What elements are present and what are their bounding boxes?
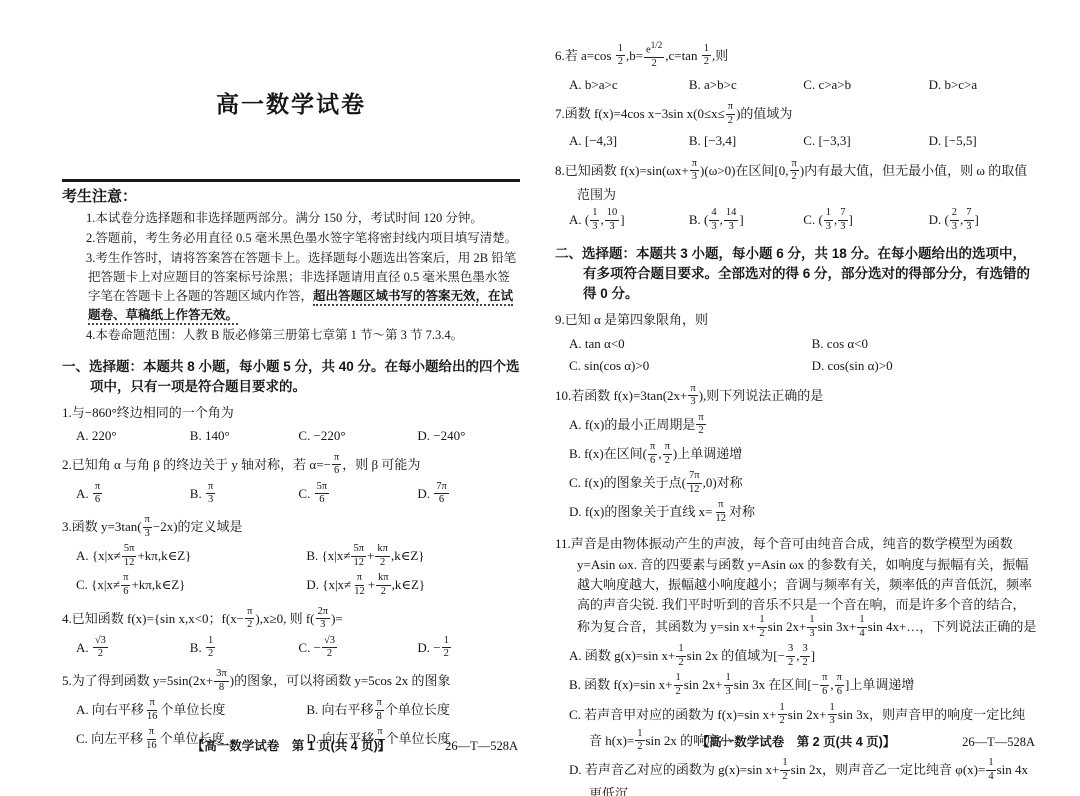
- question-5-option-a: A. 向右平移π16个单位长度: [76, 698, 300, 724]
- question-11-option-b: B. 函数 f(x)=sin x+12sin 2x+13sin 3x 在区间[−…: [569, 673, 1037, 699]
- question-7: 7.函数 f(x)=4cos x−3sin x(0≤x≤π2)的值域为 A. […: [555, 102, 1037, 151]
- question-3-stem: 3.函数 y=3tan(π3−2x)的定义域是: [62, 515, 520, 541]
- question-6: 6.若 a=cos 12,b=e1/22,c=tan 12,则 A. b>a>c…: [555, 42, 1037, 94]
- exam-page-1: 高一数学试卷 考生注意： 1.本试卷分选择题和非选择题两部分。满分 150 分，…: [62, 0, 520, 796]
- notice-item-4: 4.本卷命题范围：人教 B 版必修第三册第七章第 1 节～第 3 节 7.3.4…: [62, 326, 520, 345]
- section-1-heading: 一、选择题：本题共 8 小题，每小题 5 分，共 40 分。在每小题给出的四个选…: [62, 357, 520, 397]
- question-7-option-b: B. [−3,4]: [689, 131, 797, 151]
- question-10-options: A. f(x)的最小正周期是π2 B. f(x)在区间(π6,π2)上单调递增 …: [555, 413, 1037, 527]
- question-7-stem: 7.函数 f(x)=4cos x−3sin x(0≤x≤π2)的值域为: [555, 102, 1037, 128]
- page-title: 高一数学试卷: [62, 88, 520, 123]
- notice-item-1: 1.本试卷分选择题和非选择题两部分。满分 150 分，考试时间 120 分钟。: [62, 209, 520, 228]
- question-9-option-a: A. tan α<0: [569, 334, 806, 354]
- question-11-stem: 11.声音是由物体振动产生的声波，每个音可由纯音合成，纯音的数学模型为函数 y=…: [555, 534, 1037, 641]
- question-3-option-a: A. {x|x≠5π12+kπ,k∈Z}: [76, 544, 300, 570]
- question-8-stem: 8.已知函数 f(x)=sin(ωx+π3)(ω>0)在区间[0,π2)内有最大…: [555, 159, 1037, 205]
- notice-item-3: 3.考生作答时，请将答案答在答题卡上。选择题每小题选出答案后，用 2B 铅笔把答…: [62, 249, 520, 325]
- question-1-option-b: B. 140°: [190, 426, 293, 446]
- question-11-options: A. 函数 g(x)=sin x+12sin 2x 的值域为[−32,32] B…: [555, 644, 1037, 796]
- question-6-option-a: A. b>a>c: [569, 75, 683, 95]
- page-1-paper-code: 26—T—528A: [445, 737, 518, 756]
- page-2-footer: 【高一数学试卷 第 2 页(共 4 页)】 26—T—528A: [555, 733, 1037, 752]
- question-6-option-b: B. a>b>c: [689, 75, 797, 95]
- question-6-stem: 6.若 a=cos 12,b=e1/22,c=tan 12,则: [555, 42, 1037, 72]
- question-4-option-a: A. √32: [76, 636, 184, 662]
- notice-item-2: 2.答题前，考生务必用直径 0.5 毫米黑色墨水签字笔将密封线内项目填写清楚。: [62, 229, 520, 248]
- question-9-options: A. tan α<0 B. cos α<0 C. sin(cos α)>0 D.…: [555, 334, 1037, 376]
- header-rule: [62, 179, 520, 182]
- question-6-options: A. b>a>c B. a>b>c C. c>a>b D. b>c>a: [555, 75, 1037, 95]
- question-7-option-a: A. [−4,3]: [569, 131, 683, 151]
- question-1-option-c: C. −220°: [298, 426, 411, 446]
- question-9-option-d: D. cos(sin α)>0: [812, 356, 1037, 376]
- question-5-stem: 5.为了得到函数 y=5sin(2x+3π8)的图象，可以将函数 y=5cos …: [62, 669, 520, 695]
- section-2-heading: 二、选择题：本题共 3 小题，每小题 6 分，共 18 分。在每小题给出的选项中…: [555, 244, 1037, 304]
- question-4-option-c: C. −√32: [298, 636, 411, 662]
- question-4-stem: 4.已知函数 f(x)={sin x,x<0；f(x−π2),x≥0, 则 f(…: [62, 607, 520, 633]
- notice-list: 1.本试卷分选择题和非选择题两部分。满分 150 分，考试时间 120 分钟。 …: [62, 209, 520, 345]
- question-8-option-a: A. (13,103]: [569, 208, 683, 234]
- question-3-option-d: D. {x|x≠π12+kπ2,k∈Z}: [306, 573, 520, 599]
- question-11-option-d: D. 若声音乙对应的函数为 g(x)=sin x+12sin 2x，则声音乙一定…: [569, 758, 1037, 796]
- question-1: 1.与−860°终边相同的一个角为 A. 220° B. 140° C. −22…: [62, 403, 520, 446]
- question-4-option-d: D. −12: [417, 636, 520, 662]
- question-2-options: A. π6 B. π3 C. 5π6 D. 7π6: [62, 482, 520, 508]
- question-8-option-c: C. (13,73]: [803, 208, 922, 234]
- question-8: 8.已知函数 f(x)=sin(ωx+π3)(ω>0)在区间[0,π2)内有最大…: [555, 159, 1037, 235]
- page-1-footer: 【高一数学试卷 第 1 页(共 4 页)】 26—T—528A: [62, 737, 520, 756]
- question-9: 9.已知 α 是第四象限角，则 A. tan α<0 B. cos α<0 C.…: [555, 310, 1037, 375]
- question-4: 4.已知函数 f(x)={sin x,x<0；f(x−π2),x≥0, 则 f(…: [62, 607, 520, 662]
- question-1-option-a: A. 220°: [76, 426, 184, 446]
- question-3-option-b: B. {x|x≠5π12+kπ2,k∈Z}: [306, 544, 520, 570]
- question-3-options: A. {x|x≠5π12+kπ,k∈Z} B. {x|x≠5π12+kπ2,k∈…: [62, 544, 520, 599]
- question-7-option-d: D. [−5,5]: [929, 131, 1037, 151]
- question-2-option-a: A. π6: [76, 482, 184, 508]
- exam-page-2: 6.若 a=cos 12,b=e1/22,c=tan 12,则 A. b>a>c…: [555, 0, 1037, 796]
- question-9-stem: 9.已知 α 是第四象限角，则: [555, 310, 1037, 330]
- question-10-option-a: A. f(x)的最小正周期是π2: [569, 413, 1037, 439]
- question-10-option-c: C. f(x)的图象关于点(7π12,0)对称: [569, 471, 1037, 497]
- question-6-option-d: D. b>c>a: [929, 75, 1037, 95]
- question-1-stem: 1.与−860°终边相同的一个角为: [62, 403, 520, 423]
- question-8-option-b: B. (43,143]: [689, 208, 797, 234]
- question-11: 11.声音是由物体振动产生的声波，每个音可由纯音合成，纯音的数学模型为函数 y=…: [555, 534, 1037, 796]
- question-4-option-b: B. 12: [190, 636, 293, 662]
- question-8-options: A. (13,103] B. (43,143] C. (13,73] D. (2…: [555, 208, 1037, 234]
- question-10: 10.若函数 f(x)=3tan(2x+π3),则下列说法正确的是 A. f(x…: [555, 384, 1037, 527]
- question-2-option-b: B. π3: [190, 482, 293, 508]
- question-2-stem: 2.已知角 α 与角 β 的终边关于 y 轴对称，若 α=−π6，则 β 可能为: [62, 453, 520, 479]
- question-10-option-d: D. f(x)的图象关于直线 x=π12对称: [569, 500, 1037, 526]
- question-7-options: A. [−4,3] B. [−3,4] C. [−3,3] D. [−5,5]: [555, 131, 1037, 151]
- question-9-option-c: C. sin(cos α)>0: [569, 356, 806, 376]
- question-10-option-b: B. f(x)在区间(π6,π2)上单调递增: [569, 442, 1037, 468]
- question-5-option-b: B. 向右平移π8个单位长度: [306, 698, 520, 724]
- question-2-option-c: C. 5π6: [298, 482, 411, 508]
- question-3: 3.函数 y=3tan(π3−2x)的定义域是 A. {x|x≠5π12+kπ,…: [62, 515, 520, 600]
- question-3-option-c: C. {x|x≠π6+kπ,k∈Z}: [76, 573, 300, 599]
- question-1-options: A. 220° B. 140° C. −220° D. −240°: [62, 426, 520, 446]
- notice-heading: 考生注意：: [62, 186, 520, 209]
- question-2: 2.已知角 α 与角 β 的终边关于 y 轴对称，若 α=−π6，则 β 可能为…: [62, 453, 520, 508]
- question-7-option-c: C. [−3,3]: [803, 131, 922, 151]
- question-1-option-d: D. −240°: [417, 426, 520, 446]
- page-2-paper-code: 26—T—528A: [962, 733, 1035, 752]
- question-6-option-c: C. c>a>b: [803, 75, 922, 95]
- question-4-options: A. √32 B. 12 C. −√32 D. −12: [62, 636, 520, 662]
- question-8-option-d: D. (23,73]: [929, 208, 1037, 234]
- question-11-option-a: A. 函数 g(x)=sin x+12sin 2x 的值域为[−32,32]: [569, 644, 1037, 670]
- question-10-stem: 10.若函数 f(x)=3tan(2x+π3),则下列说法正确的是: [555, 384, 1037, 410]
- question-2-option-d: D. 7π6: [417, 482, 520, 508]
- question-9-option-b: B. cos α<0: [812, 334, 1037, 354]
